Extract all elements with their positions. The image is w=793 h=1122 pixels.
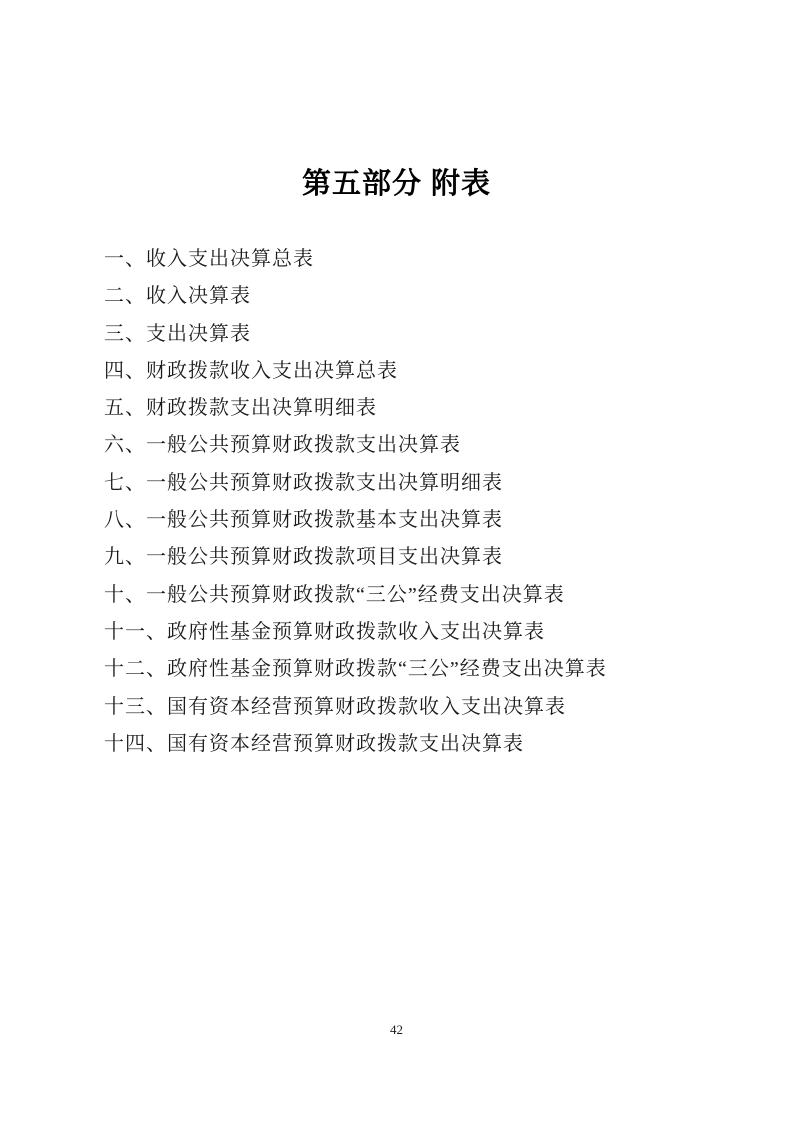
- toc-item: 十二、政府性基金预算财政拨款“三公”经费支出决算表: [104, 651, 793, 688]
- toc-item: 五、财政拨款支出决算明细表: [104, 390, 793, 427]
- toc-item: 十三、国有资本经营预算财政拨款收入支出决算表: [104, 689, 793, 726]
- toc-item: 四、财政拨款收入支出决算总表: [104, 353, 793, 390]
- toc-item: 三、支出决算表: [104, 316, 793, 353]
- page-title: 第五部分 附表: [0, 0, 793, 202]
- toc-item: 二、收入决算表: [104, 278, 793, 315]
- toc-item: 七、一般公共预算财政拨款支出决算明细表: [104, 465, 793, 502]
- table-of-contents: 一、收入支出决算总表 二、收入决算表 三、支出决算表 四、财政拨款收入支出决算总…: [104, 241, 793, 763]
- toc-item: 十、一般公共预算财政拨款“三公”经费支出决算表: [104, 577, 793, 614]
- toc-item: 十四、国有资本经营预算财政拨款支出决算表: [104, 726, 793, 763]
- document-page: 第五部分 附表 一、收入支出决算总表 二、收入决算表 三、支出决算表 四、财政拨…: [0, 0, 793, 1122]
- toc-item: 九、一般公共预算财政拨款项目支出决算表: [104, 539, 793, 576]
- toc-item: 一、收入支出决算总表: [104, 241, 793, 278]
- toc-item: 八、一般公共预算财政拨款基本支出决算表: [104, 502, 793, 539]
- toc-item: 六、一般公共预算财政拨款支出决算表: [104, 427, 793, 464]
- page-number: 42: [0, 1022, 793, 1038]
- toc-item: 十一、政府性基金预算财政拨款收入支出决算表: [104, 614, 793, 651]
